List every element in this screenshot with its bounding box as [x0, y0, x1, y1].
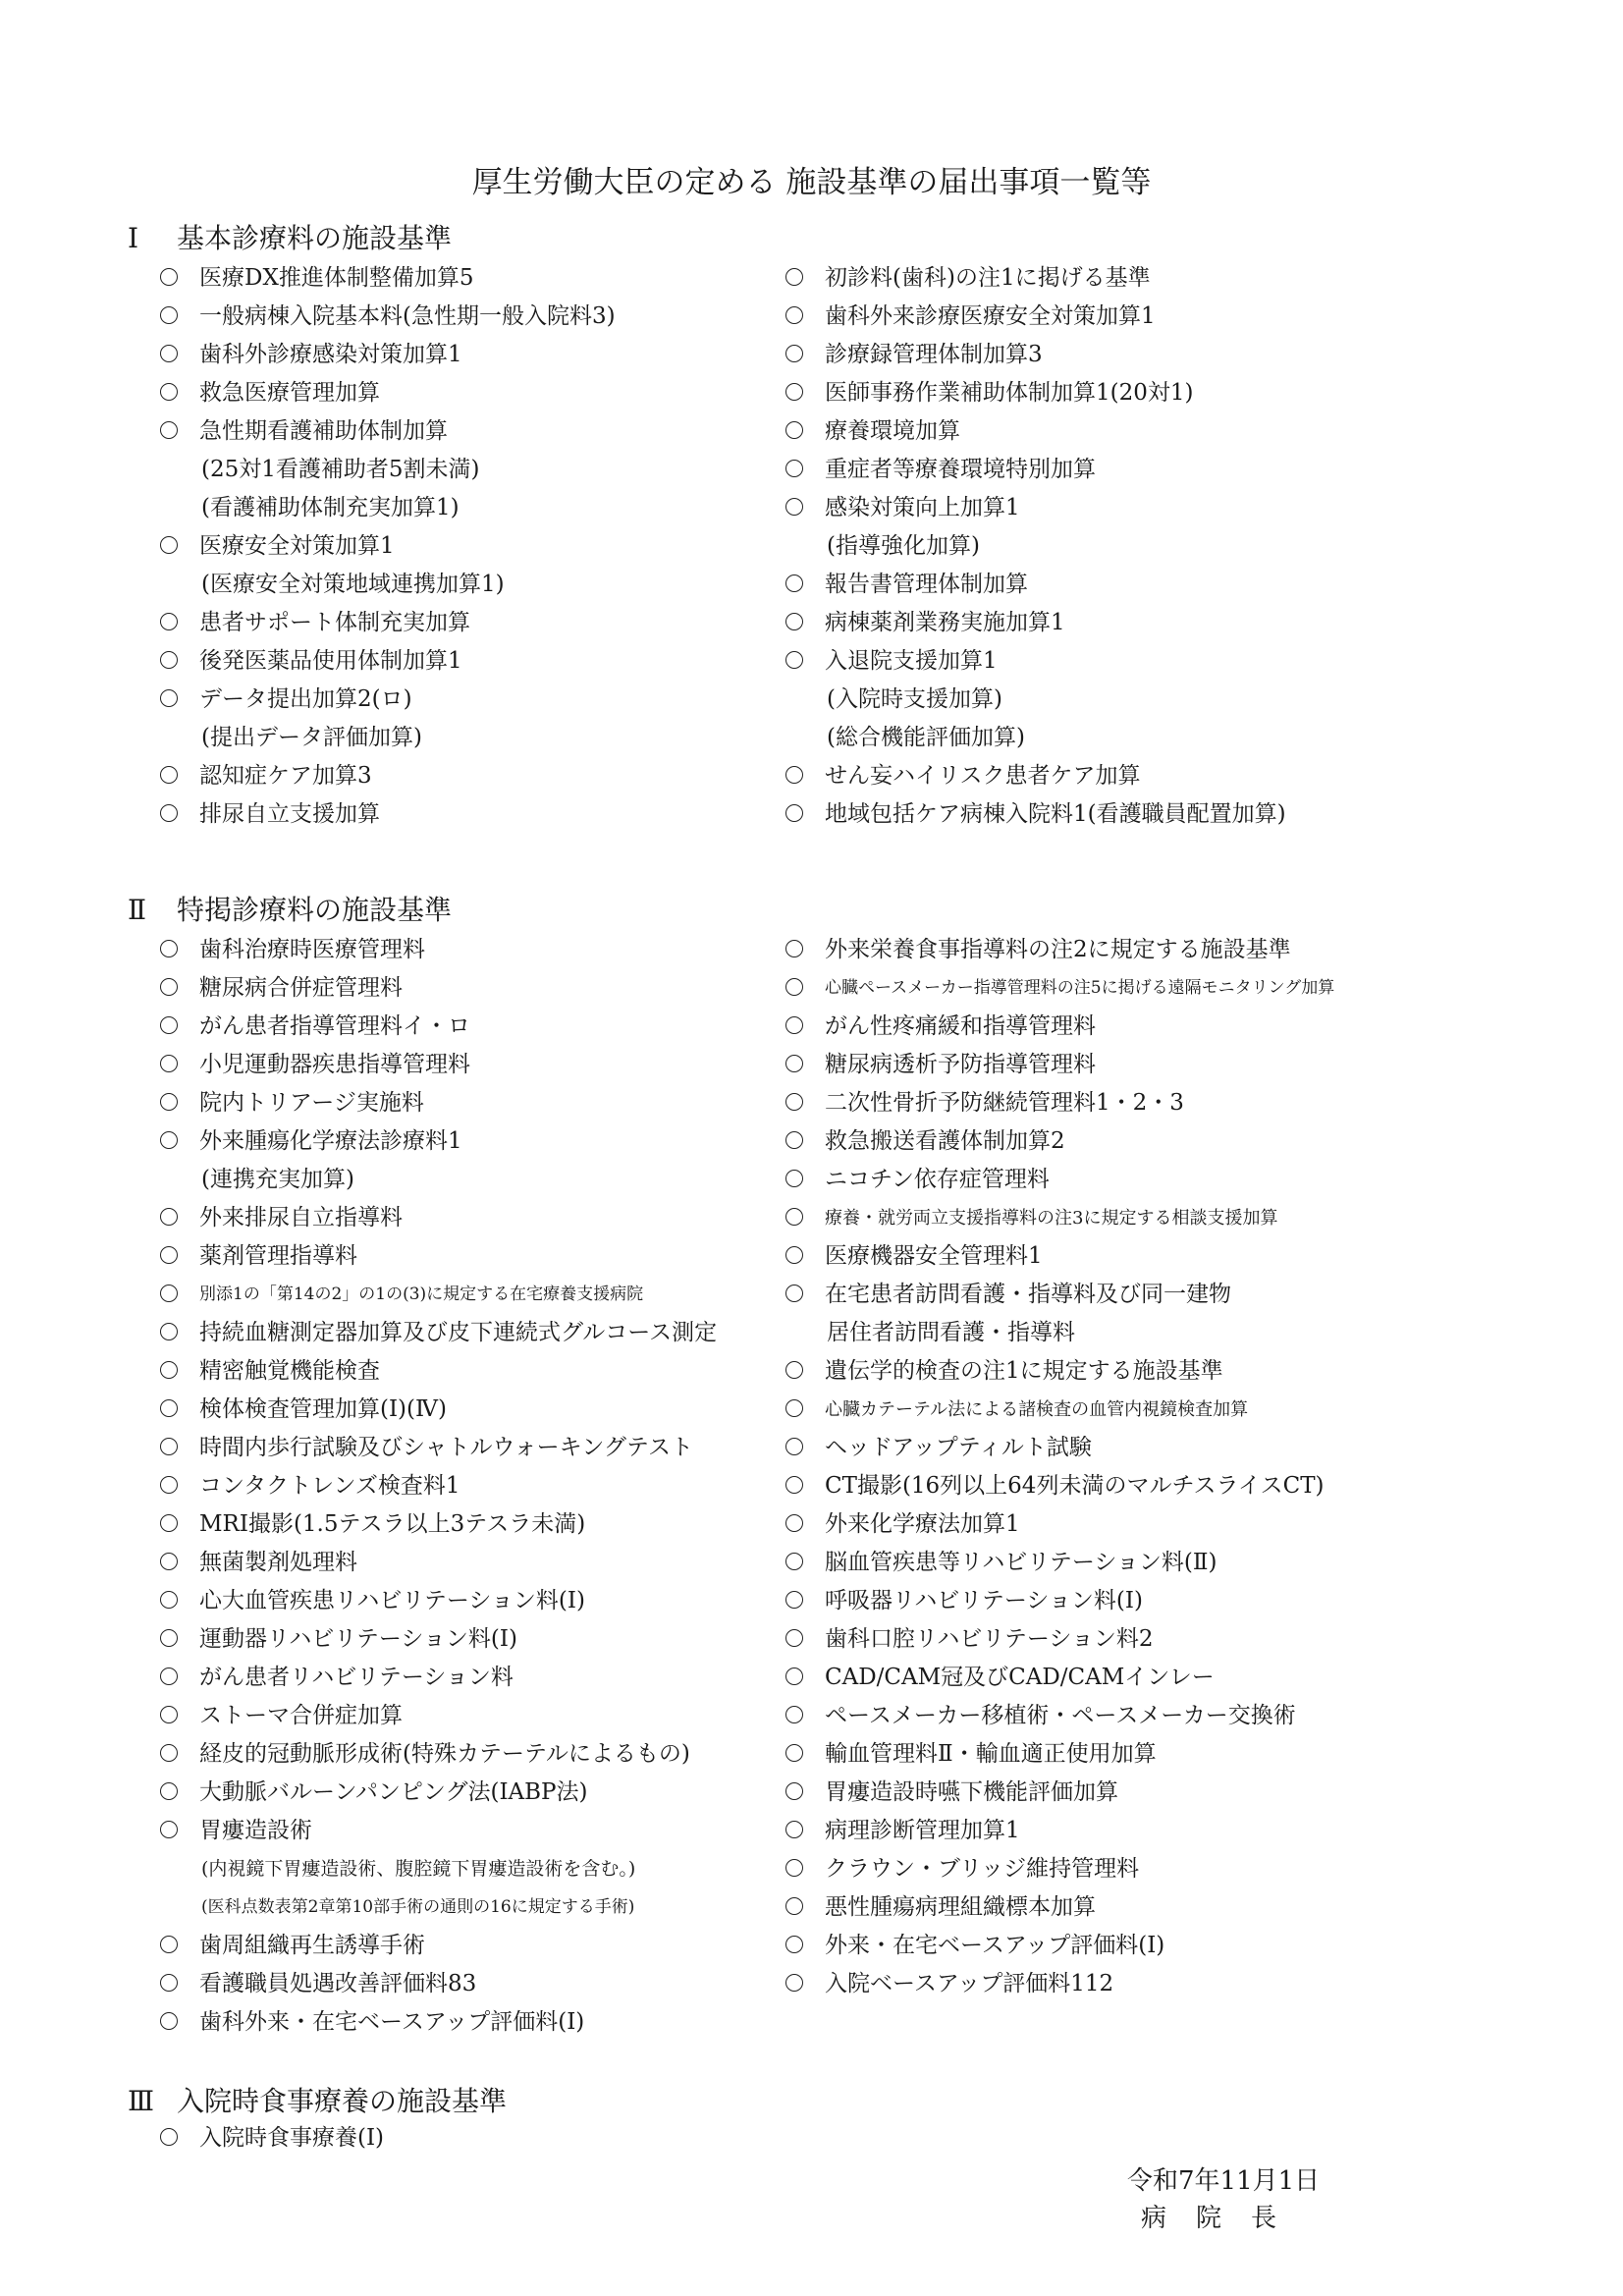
list-item-text: クラウン・ブリッジ維持管理料 — [825, 1856, 1139, 1882]
issue-date: 令和7年11月1日 — [1127, 2160, 1320, 2197]
list-item-text: 重症者等療養環境特別加算 — [825, 457, 1096, 482]
list-item: 病棟薬剤業務実施加算1 — [785, 604, 1286, 642]
list-item-text: 外来排尿自立指導料 — [199, 1205, 403, 1230]
circle-bullet-icon — [785, 1859, 803, 1877]
list-item-text: (医療安全対策地域連携加算1) — [201, 572, 505, 597]
list-item: 糖尿病透析予防指導管理料 — [785, 1046, 1334, 1084]
list-item: 持続血糖測定器加算及び皮下連続式グルコース測定 — [160, 1314, 717, 1352]
list-item: 外来・在宅ベースアップ評価料(Ⅰ) — [785, 1927, 1334, 1965]
list-item-text: 悪性腫瘍病理組織標本加算 — [825, 1894, 1096, 1920]
list-item: 病理診断管理加算1 — [785, 1812, 1334, 1850]
circle-bullet-icon — [160, 1131, 178, 1149]
list-item: 一般病棟入院基本料(急性期一般入院料3) — [160, 298, 616, 336]
list-item-text: 脳血管疾患等リハビリテーション料(Ⅱ) — [825, 1550, 1217, 1575]
list-item-text: (25対1看護補助者5割未満) — [201, 457, 479, 482]
list-item: 大動脈バルーンパンピング法(IABP法) — [160, 1774, 717, 1812]
list-item: 心臓カテーテル法による諸検査の血管内視鏡検査加算 — [785, 1391, 1334, 1429]
list-item: がん患者リハビリテーション料 — [160, 1659, 717, 1697]
list-item-text: がん患者リハビリテーション料 — [199, 1665, 514, 1690]
list-item: 輸血管理料Ⅱ・輸血適正使用加算 — [785, 1735, 1334, 1774]
list-item-text: 外来化学療法加算1 — [825, 1511, 1020, 1537]
circle-bullet-icon — [160, 1016, 178, 1034]
circle-bullet-icon — [160, 651, 178, 669]
list-item-continuation: (提出データ評価加算) — [160, 719, 616, 757]
circle-bullet-icon — [785, 651, 803, 669]
list-item-continuation: (入院時支援加算) — [785, 681, 1286, 719]
list-item-text: 療養環境加算 — [825, 418, 960, 444]
list-item: 外来化学療法加算1 — [785, 1505, 1334, 1544]
list-item: 歯科外診療感染対策加算1 — [160, 336, 616, 374]
section-3-left-list: 入院時食事療養(Ⅰ) — [160, 2119, 384, 2158]
list-item-text: 検体検査管理加算(Ⅰ)(Ⅳ) — [199, 1396, 447, 1422]
circle-bullet-icon — [785, 1246, 803, 1264]
list-item-text: 小児運動器疾患指導管理料 — [199, 1052, 470, 1077]
list-item-text: 大動脈バルーンパンピング法(IABP法) — [199, 1779, 588, 1805]
list-item-text: MRI撮影(1.5テスラ以上3テスラ未満) — [199, 1511, 585, 1537]
circle-bullet-icon — [785, 1936, 803, 1953]
list-item: 呼吸器リハビリテーション料(Ⅰ) — [785, 1582, 1334, 1620]
list-item-text: 外来・在宅ベースアップ評価料(Ⅰ) — [825, 1933, 1164, 1958]
list-item-continuation: (看護補助体制充実加算1) — [160, 489, 616, 527]
list-item-continuation: (総合機能評価加算) — [785, 719, 1286, 757]
section-title: 特掲診療料の施設基準 — [177, 894, 452, 926]
list-item-text: 一般病棟入院基本料(急性期一般入院料3) — [199, 303, 616, 329]
circle-bullet-icon — [785, 1782, 803, 1800]
list-item: 入院ベースアップ評価料112 — [785, 1965, 1334, 2003]
circle-bullet-icon — [160, 1591, 178, 1609]
circle-bullet-icon — [160, 1936, 178, 1953]
list-item: 入院時食事療養(Ⅰ) — [160, 2119, 384, 2158]
circle-bullet-icon — [160, 1399, 178, 1417]
list-item: がん患者指導管理料イ・ロ — [160, 1008, 717, 1046]
list-item-text: コンタクトレンズ検査料1 — [199, 1473, 460, 1499]
list-item: 看護職員処遇改善評価料83 — [160, 1965, 717, 2003]
list-item-text: 急性期看護補助体制加算 — [199, 418, 448, 444]
list-item-text: 二次性骨折予防継続管理料1・2・3 — [825, 1090, 1184, 1116]
circle-bullet-icon — [785, 306, 803, 324]
circle-bullet-icon — [160, 2128, 178, 2146]
list-item-text: CAD/CAM冠及びCAD/CAMインレー — [825, 1665, 1215, 1690]
circle-bullet-icon — [785, 1514, 803, 1532]
circle-bullet-icon — [160, 613, 178, 630]
list-item-text: 病理診断管理加算1 — [825, 1818, 1020, 1843]
list-item-text: 医療機器安全管理料1 — [825, 1243, 1043, 1269]
circle-bullet-icon — [160, 766, 178, 784]
list-item-text: 無菌製剤処理料 — [199, 1550, 357, 1575]
circle-bullet-icon — [160, 689, 178, 707]
circle-bullet-icon — [785, 1016, 803, 1034]
circle-bullet-icon — [785, 940, 803, 957]
list-item: 在宅患者訪問看護・指導料及び同一建物 — [785, 1276, 1334, 1314]
list-item-text: 時間内歩行試験及びシャトルウォーキングテスト — [199, 1435, 693, 1460]
list-item: 遺伝学的検査の注1に規定する施設基準 — [785, 1352, 1334, 1391]
circle-bullet-icon — [785, 345, 803, 362]
circle-bullet-icon — [785, 978, 803, 996]
list-item-text: がん性疼痛緩和指導管理料 — [825, 1013, 1096, 1039]
list-item-text: 薬剤管理指導料 — [199, 1243, 357, 1269]
list-item: MRI撮影(1.5テスラ以上3テスラ未満) — [160, 1505, 717, 1544]
list-item-text: 報告書管理体制加算 — [825, 572, 1028, 597]
list-item-text: がん患者指導管理料イ・ロ — [199, 1013, 470, 1039]
list-item-text: 持続血糖測定器加算及び皮下連続式グルコース測定 — [199, 1320, 717, 1345]
list-item: CT撮影(16列以上64列未満のマルチスライスCT) — [785, 1467, 1334, 1505]
circle-bullet-icon — [160, 421, 178, 439]
list-item: 歯科治療時医療管理料 — [160, 931, 717, 969]
circle-bullet-icon — [160, 345, 178, 362]
circle-bullet-icon — [785, 1744, 803, 1762]
list-item-text: 歯科外来診療医療安全対策加算1 — [825, 303, 1156, 329]
list-item: ペースメーカー移植術・ペースメーカー交換術 — [785, 1697, 1334, 1735]
list-item: 診療録管理体制加算3 — [785, 336, 1286, 374]
circle-bullet-icon — [785, 1629, 803, 1647]
list-item-text: 運動器リハビリテーション料(Ⅰ) — [199, 1626, 517, 1652]
list-item-text: 歯科外診療感染対策加算1 — [199, 342, 462, 367]
circle-bullet-icon — [160, 978, 178, 996]
list-item-text: 感染対策向上加算1 — [825, 495, 1020, 520]
circle-bullet-icon — [785, 1706, 803, 1723]
list-item: ニコチン依存症管理料 — [785, 1161, 1334, 1199]
list-item: CAD/CAM冠及びCAD/CAMインレー — [785, 1659, 1334, 1697]
list-item: 報告書管理体制加算 — [785, 566, 1286, 604]
list-item: ストーマ合併症加算 — [160, 1697, 717, 1735]
list-item: 薬剤管理指導料 — [160, 1237, 717, 1276]
list-item: 医療安全対策加算1 — [160, 527, 616, 566]
circle-bullet-icon — [160, 1629, 178, 1647]
section-1-right-list: 初診料(歯科)の注1に掲げる基準歯科外来診療医療安全対策加算1診療録管理体制加算… — [785, 259, 1286, 834]
list-item: 急性期看護補助体制加算 — [160, 412, 616, 451]
list-item: 院内トリアージ実施料 — [160, 1084, 717, 1122]
list-item-continuation: (指導強化加算) — [785, 527, 1286, 566]
list-item: 糖尿病合併症管理料 — [160, 969, 717, 1008]
circle-bullet-icon — [160, 306, 178, 324]
section-number: Ⅱ — [128, 894, 177, 926]
circle-bullet-icon — [160, 1782, 178, 1800]
list-item-continuation: (医療安全対策地域連携加算1) — [160, 566, 616, 604]
list-item: 療養環境加算 — [785, 412, 1286, 451]
circle-bullet-icon — [785, 766, 803, 784]
circle-bullet-icon — [785, 460, 803, 477]
list-item: 心大血管疾患リハビリテーション料(Ⅰ) — [160, 1582, 717, 1620]
document-title: 厚生労働大臣の定める 施設基準の届出事項一覧等 — [0, 157, 1623, 201]
section-title: 基本診療料の施設基準 — [177, 222, 452, 254]
list-item: コンタクトレンズ検査料1 — [160, 1467, 717, 1505]
list-item-text: CT撮影(16列以上64列未満のマルチスライスCT) — [825, 1473, 1325, 1499]
list-item: 入退院支援加算1 — [785, 642, 1286, 681]
circle-bullet-icon — [785, 1361, 803, 1379]
circle-bullet-icon — [785, 613, 803, 630]
list-item-text: 救急搬送看護体制加算2 — [825, 1128, 1065, 1154]
circle-bullet-icon — [785, 1170, 803, 1187]
list-item: 胃瘻造設術 — [160, 1812, 717, 1850]
list-item-text: 輸血管理料Ⅱ・輸血適正使用加算 — [825, 1741, 1157, 1767]
list-item: 療養・就労両立支援指導料の注3に規定する相談支援加算 — [785, 1199, 1334, 1237]
list-item: 重症者等療養環境特別加算 — [785, 451, 1286, 489]
list-item: 排尿自立支援加算 — [160, 795, 616, 834]
list-item: 検体検査管理加算(Ⅰ)(Ⅳ) — [160, 1391, 717, 1429]
list-item: 医療機器安全管理料1 — [785, 1237, 1334, 1276]
section-2-right-list: 外来栄養食事指導料の注2に規定する施設基準心臓ペースメーカー指導管理料の注5に掲… — [785, 931, 1334, 2003]
circle-bullet-icon — [785, 1476, 803, 1494]
circle-bullet-icon — [785, 574, 803, 592]
list-item-text: 認知症ケア加算3 — [199, 763, 372, 789]
list-item-text: 療養・就労両立支援指導料の注3に規定する相談支援加算 — [825, 1208, 1277, 1229]
circle-bullet-icon — [160, 2012, 178, 2030]
list-item: 別添1の「第14の2」の1の(3)に規定する在宅療養支援病院 — [160, 1276, 717, 1314]
list-item-text: 入院時食事療養(Ⅰ) — [199, 2125, 384, 2151]
circle-bullet-icon — [160, 383, 178, 401]
section-heading-2: Ⅱ特掲診療料の施設基準 — [128, 889, 452, 928]
list-item: 運動器リハビリテーション料(Ⅰ) — [160, 1620, 717, 1659]
list-item: 感染対策向上加算1 — [785, 489, 1286, 527]
list-item-text: 歯周組織再生誘導手術 — [199, 1933, 425, 1958]
list-item: 精密触覚機能検査 — [160, 1352, 717, 1391]
list-item-text: 遺伝学的検査の注1に規定する施設基準 — [825, 1358, 1223, 1384]
circle-bullet-icon — [785, 1438, 803, 1455]
section-heading-1: Ⅰ基本診療料の施設基準 — [128, 217, 452, 256]
circle-bullet-icon — [160, 1706, 178, 1723]
list-item-text: (連携充実加算) — [201, 1167, 354, 1192]
circle-bullet-icon — [160, 804, 178, 822]
circle-bullet-icon — [785, 1208, 803, 1226]
list-item-text: 医師事務作業補助体制加算1(20対1) — [825, 380, 1193, 406]
circle-bullet-icon — [785, 1667, 803, 1685]
list-item-continuation: 居住者訪問看護・指導料 — [785, 1314, 1334, 1352]
list-item: データ提出加算2(ロ) — [160, 681, 616, 719]
list-item-text: 心大血管疾患リハビリテーション料(Ⅰ) — [199, 1588, 585, 1613]
list-item-text: (看護補助体制充実加算1) — [201, 495, 460, 520]
list-item: せん妄ハイリスク患者ケア加算 — [785, 757, 1286, 795]
circle-bullet-icon — [785, 1131, 803, 1149]
circle-bullet-icon — [160, 1055, 178, 1072]
list-item-continuation: (医科点数表第2章第10部手術の通則の16に規定する手術) — [160, 1888, 717, 1927]
list-item: 歯周組織再生誘導手術 — [160, 1927, 717, 1965]
list-item-text: 外来腫瘍化学療法診療料1 — [199, 1128, 462, 1154]
list-item-text: (医科点数表第2章第10部手術の通則の16に規定する手術) — [201, 1897, 634, 1917]
signature: 病院長 — [1141, 2198, 1306, 2234]
list-item-text: 別添1の「第14の2」の1の(3)に規定する在宅療養支援病院 — [199, 1285, 643, 1304]
circle-bullet-icon — [160, 1514, 178, 1532]
list-item: 小児運動器疾患指導管理料 — [160, 1046, 717, 1084]
list-item-text: (総合機能評価加算) — [827, 725, 1025, 750]
list-item: 医師事務作業補助体制加算1(20対1) — [785, 374, 1286, 412]
list-item-text: 歯科治療時医療管理料 — [199, 937, 425, 962]
list-item: 心臓ペースメーカー指導管理料の注5に掲げる遠隔モニタリング加算 — [785, 969, 1334, 1008]
list-item: 歯科外来・在宅ベースアップ評価料(Ⅰ) — [160, 2003, 717, 2042]
list-item-text: 入退院支援加算1 — [825, 648, 998, 674]
list-item-text: 在宅患者訪問看護・指導料及び同一建物 — [825, 1282, 1231, 1307]
list-item: 外来腫瘍化学療法診療料1 — [160, 1122, 717, 1161]
circle-bullet-icon — [160, 1246, 178, 1264]
section-1-left-list: 医療DX推進体制整備加算5一般病棟入院基本料(急性期一般入院料3)歯科外診療感染… — [160, 259, 616, 834]
list-item: 認知症ケア加算3 — [160, 757, 616, 795]
circle-bullet-icon — [785, 1093, 803, 1111]
circle-bullet-icon — [785, 421, 803, 439]
list-item-text: 初診料(歯科)の注1に掲げる基準 — [825, 265, 1151, 291]
circle-bullet-icon — [785, 1553, 803, 1570]
list-item-text: 患者サポート体制充実加算 — [199, 610, 470, 635]
list-item-text: 救急医療管理加算 — [199, 380, 380, 406]
list-item-text: 入院ベースアップ評価料112 — [825, 1971, 1113, 1996]
list-item-text: (入院時支援加算) — [827, 686, 1002, 712]
list-item-text: 呼吸器リハビリテーション料(Ⅰ) — [825, 1588, 1143, 1613]
circle-bullet-icon — [160, 1323, 178, 1340]
list-item-text: 糖尿病合併症管理料 — [199, 975, 403, 1001]
circle-bullet-icon — [160, 1821, 178, 1838]
list-item-text: 院内トリアージ実施料 — [199, 1090, 424, 1116]
circle-bullet-icon — [160, 1553, 178, 1570]
list-item-continuation: (25対1看護補助者5割未満) — [160, 451, 616, 489]
list-item: 救急搬送看護体制加算2 — [785, 1122, 1334, 1161]
list-item-continuation: (連携充実加算) — [160, 1161, 717, 1199]
circle-bullet-icon — [785, 1591, 803, 1609]
section-number: Ⅰ — [128, 222, 177, 254]
list-item-text: 糖尿病透析予防指導管理料 — [825, 1052, 1096, 1077]
list-item-text: 精密触覚機能検査 — [199, 1358, 380, 1384]
circle-bullet-icon — [785, 804, 803, 822]
list-item-text: 外来栄養食事指導料の注2に規定する施設基準 — [825, 937, 1291, 962]
list-item: 無菌製剤処理料 — [160, 1544, 717, 1582]
list-item-text: 胃瘻造設時嚥下機能評価加算 — [825, 1779, 1118, 1805]
circle-bullet-icon — [160, 1667, 178, 1685]
circle-bullet-icon — [785, 1055, 803, 1072]
list-item-text: (指導強化加算) — [827, 533, 980, 559]
list-item: 医療DX推進体制整備加算5 — [160, 259, 616, 298]
list-item-text: 看護職員処遇改善評価料83 — [199, 1971, 476, 1996]
section-2-left-list: 歯科治療時医療管理料糖尿病合併症管理料がん患者指導管理料イ・ロ小児運動器疾患指導… — [160, 931, 717, 2042]
list-item: 歯科口腔リハビリテーション料2 — [785, 1620, 1334, 1659]
list-item-text: 心臓カテーテル法による諸検査の血管内視鏡検査加算 — [825, 1399, 1248, 1420]
list-item: 時間内歩行試験及びシャトルウォーキングテスト — [160, 1429, 717, 1467]
list-item-text: せん妄ハイリスク患者ケア加算 — [825, 763, 1141, 789]
circle-bullet-icon — [160, 1476, 178, 1494]
list-item: 後発医薬品使用体制加算1 — [160, 642, 616, 681]
circle-bullet-icon — [160, 268, 178, 286]
list-item: 脳血管疾患等リハビリテーション料(Ⅱ) — [785, 1544, 1334, 1582]
circle-bullet-icon — [160, 536, 178, 554]
list-item-text: 病棟薬剤業務実施加算1 — [825, 610, 1065, 635]
circle-bullet-icon — [160, 1438, 178, 1455]
list-item-text: ニコチン依存症管理料 — [825, 1167, 1050, 1192]
list-item-text: (提出データ評価加算) — [201, 725, 422, 750]
list-item: ヘッドアップティルト試験 — [785, 1429, 1334, 1467]
circle-bullet-icon — [160, 1208, 178, 1226]
list-item-text: 歯科口腔リハビリテーション料2 — [825, 1626, 1154, 1652]
circle-bullet-icon — [785, 1399, 803, 1417]
list-item-text: ストーマ合併症加算 — [199, 1703, 403, 1728]
circle-bullet-icon — [160, 940, 178, 957]
list-item-continuation: (内視鏡下胃瘻造設術、腹腔鏡下胃瘻造設術を含む。) — [160, 1850, 717, 1888]
circle-bullet-icon — [785, 1974, 803, 1992]
list-item: がん性疼痛緩和指導管理料 — [785, 1008, 1334, 1046]
list-item-text: 排尿自立支援加算 — [199, 801, 380, 827]
list-item: クラウン・ブリッジ維持管理料 — [785, 1850, 1334, 1888]
list-item-text: (内視鏡下胃瘻造設術、腹腔鏡下胃瘻造設術を含む。) — [201, 1858, 635, 1880]
list-item-text: データ提出加算2(ロ) — [199, 686, 412, 712]
list-item: 外来排尿自立指導料 — [160, 1199, 717, 1237]
circle-bullet-icon — [160, 1361, 178, 1379]
list-item-text: 経皮的冠動脈形成術(特殊カテーテルによるもの) — [199, 1741, 690, 1767]
section-title: 入院時食事療養の施設基準 — [177, 2085, 507, 2117]
list-item: 救急医療管理加算 — [160, 374, 616, 412]
circle-bullet-icon — [785, 383, 803, 401]
circle-bullet-icon — [785, 268, 803, 286]
list-item-text: 居住者訪問看護・指導料 — [827, 1320, 1075, 1345]
circle-bullet-icon — [785, 498, 803, 516]
list-item-text: 歯科外来・在宅ベースアップ評価料(Ⅰ) — [199, 2009, 584, 2035]
circle-bullet-icon — [160, 1285, 178, 1302]
list-item: 患者サポート体制充実加算 — [160, 604, 616, 642]
list-item: 地域包括ケア病棟入院料1(看護職員配置加算) — [785, 795, 1286, 834]
circle-bullet-icon — [160, 1974, 178, 1992]
list-item: 二次性骨折予防継続管理料1・2・3 — [785, 1084, 1334, 1122]
section-heading-3: Ⅲ入院時食事療養の施設基準 — [128, 2080, 507, 2119]
circle-bullet-icon — [785, 1897, 803, 1915]
list-item: 悪性腫瘍病理組織標本加算 — [785, 1888, 1334, 1927]
circle-bullet-icon — [160, 1093, 178, 1111]
list-item-text: 胃瘻造設術 — [199, 1818, 312, 1843]
section-number: Ⅲ — [128, 2085, 177, 2117]
list-item-text: 医療安全対策加算1 — [199, 533, 395, 559]
list-item-text: 医療DX推進体制整備加算5 — [199, 265, 473, 291]
list-item: 胃瘻造設時嚥下機能評価加算 — [785, 1774, 1334, 1812]
list-item-text: 地域包括ケア病棟入院料1(看護職員配置加算) — [825, 801, 1286, 827]
list-item: 経皮的冠動脈形成術(特殊カテーテルによるもの) — [160, 1735, 717, 1774]
circle-bullet-icon — [785, 1285, 803, 1302]
list-item-text: ペースメーカー移植術・ペースメーカー交換術 — [825, 1703, 1296, 1728]
list-item: 初診料(歯科)の注1に掲げる基準 — [785, 259, 1286, 298]
list-item-text: 診療録管理体制加算3 — [825, 342, 1043, 367]
list-item-text: 後発医薬品使用体制加算1 — [199, 648, 462, 674]
list-item-text: ヘッドアップティルト試験 — [825, 1435, 1092, 1460]
list-item: 外来栄養食事指導料の注2に規定する施設基準 — [785, 931, 1334, 969]
circle-bullet-icon — [160, 1744, 178, 1762]
circle-bullet-icon — [785, 1821, 803, 1838]
list-item-text: 心臓ペースメーカー指導管理料の注5に掲げる遠隔モニタリング加算 — [825, 978, 1334, 998]
list-item: 歯科外来診療医療安全対策加算1 — [785, 298, 1286, 336]
